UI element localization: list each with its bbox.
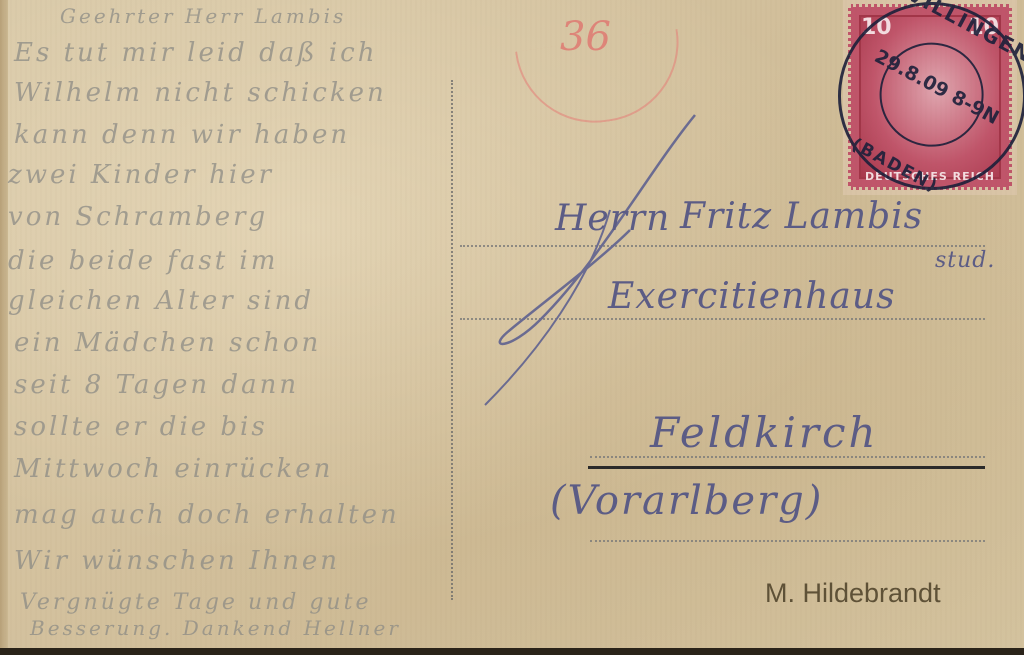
message-line: von Schramberg <box>8 202 268 232</box>
scan-border <box>0 648 1024 655</box>
message-line: gleichen Alter sind <box>8 286 314 316</box>
center-divider <box>451 80 453 600</box>
message-line: Geehrter Herr Lambis <box>60 4 346 28</box>
card-edge <box>0 0 8 650</box>
salutation-flourish <box>480 110 720 410</box>
message-line: seit 8 Tagen dann <box>14 370 299 400</box>
postcard: Geehrter Herr Lambis Es tut mir leid daß… <box>0 0 1024 650</box>
address-line-4 <box>590 540 985 542</box>
message-line: Es tut mir leid daß ich <box>14 38 377 68</box>
message-line: ein Mädchen schon <box>14 328 321 358</box>
address-salutation: Herrn <box>555 198 670 239</box>
address-region: (Vorarlberg) <box>550 478 823 524</box>
message-line: die beide fast im <box>8 246 278 276</box>
city-underline <box>588 466 985 469</box>
message-line: Wir wünschen Ihnen <box>14 546 340 576</box>
message-line: kann denn wir haben <box>14 120 350 150</box>
message-line: Mittwoch einrücken <box>14 454 333 484</box>
address-name: Fritz Lambis <box>680 196 923 237</box>
message-line: sollte er die bis <box>14 412 268 442</box>
address-title: stud. <box>935 248 995 273</box>
message-line: Besserung. Dankend Hellner <box>30 616 401 640</box>
address-building: Exercitienhaus <box>608 276 896 317</box>
message-line: mag auch doch erhalten <box>14 500 400 530</box>
message-line: Vergnügte Tage und gute <box>20 590 371 615</box>
message-line: zwei Kinder hier <box>8 160 274 190</box>
message-line: Wilhelm nicht schicken <box>14 78 387 108</box>
address-city: Feldkirch <box>650 408 879 457</box>
collector-watermark: M. Hildebrandt <box>765 578 941 609</box>
